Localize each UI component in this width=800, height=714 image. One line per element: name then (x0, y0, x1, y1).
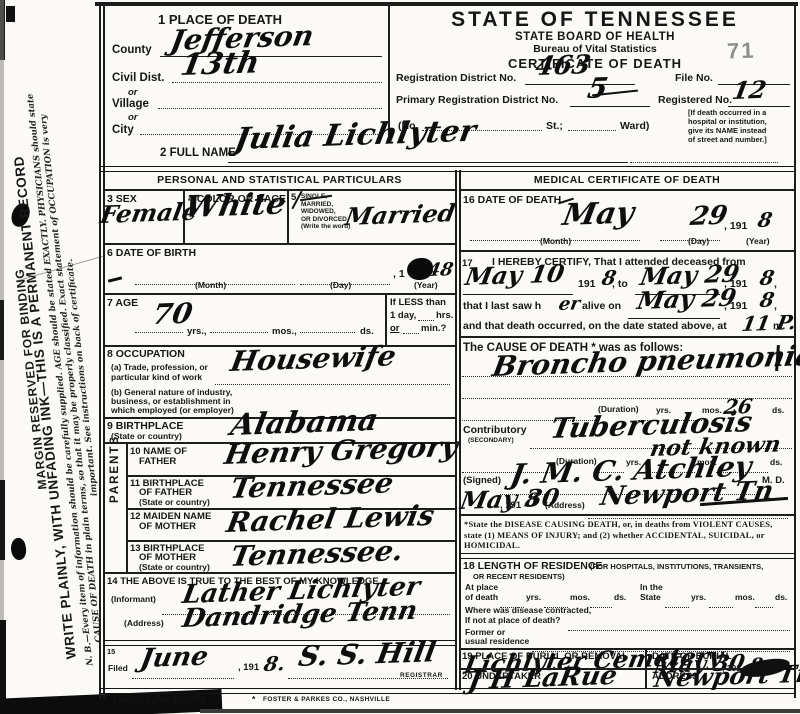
age-less-line1: If LESS than (390, 297, 446, 308)
res-ds-2: ds. (775, 592, 787, 602)
at-place-label1: At place (465, 582, 498, 592)
age-or-label: or (390, 323, 400, 334)
date-of-death-label: 16 DATE OF DEATH (463, 194, 561, 206)
marital-option-married: MARRIED, (301, 201, 350, 209)
registration-district-label: Registration District No. (396, 72, 516, 84)
form-left-border-inner (103, 2, 105, 698)
hospital-note-line2: hospital or institution, (688, 117, 767, 126)
age-hrs-label: hrs. (436, 310, 453, 321)
street-label: St.; (546, 120, 563, 132)
printer-star: * (252, 694, 255, 704)
former-label2: usual residence (465, 636, 529, 646)
primary-registration-label: Primary Registration District No. (396, 94, 558, 106)
occupation-a-line1: (a) Trade, profession, or (111, 362, 208, 372)
civil-dist-value: 13th (178, 45, 262, 83)
ink-blot (9, 537, 28, 561)
res-mos-2: mos. (735, 592, 755, 602)
personal-section-title: PERSONAL AND STATISTICAL PARTICULARS (104, 174, 455, 186)
attended-from-line (463, 284, 573, 295)
age-mos-label: mos., (272, 326, 297, 337)
dod-year-value: 8 (756, 208, 774, 232)
physician-address-value: Newport Tn (598, 476, 776, 512)
father-name-value: Henry Gregory (222, 430, 461, 471)
race-value: White (182, 187, 289, 225)
marital-value: Married (343, 198, 457, 231)
birthplace-sub-label: (State or country) (111, 431, 182, 441)
dod-month-caption: (Month) (540, 236, 571, 246)
father-bp-sub-label: (State or country) (139, 497, 210, 507)
dob-day-caption: (Day) (330, 280, 351, 290)
or-label-2: or (128, 112, 138, 123)
file-no-label: File No. (675, 72, 713, 84)
rule (103, 243, 455, 245)
registration-district-value: 463 (533, 50, 593, 82)
dots (755, 597, 773, 608)
mother-bp-value: Tennessee. (228, 534, 406, 573)
filed-label: Filed (108, 663, 128, 673)
res-yrs-2: yrs. (691, 592, 706, 602)
village-label: Village (112, 98, 149, 110)
marital-option-divorced: OR DIVORCED (301, 216, 350, 224)
rule (103, 293, 455, 295)
death-certificate-scan: N. B.—Every item of information should b… (0, 0, 800, 714)
registered-no-label: Registered No. (658, 94, 732, 106)
form-left-border (99, 2, 101, 698)
cell-divider (287, 189, 289, 243)
res-ds-1: ds. (614, 592, 626, 602)
contributory-label: Contributory (463, 424, 527, 436)
filed-month-value: June (138, 642, 210, 674)
corner-mark (6, 6, 15, 22)
death-occurred-text: and that death occurred, on the date sta… (463, 320, 727, 332)
physician-address-label: (Address) (545, 500, 585, 510)
dob-year-value: 48 (426, 259, 455, 281)
medical-section-title: MEDICAL CERTIFICATE OF DEATH (459, 174, 795, 186)
dod-year-caption: (Year) (746, 236, 770, 246)
cell-divider (385, 293, 387, 345)
rule (459, 514, 795, 516)
mother-name-label2: OF MOTHER (139, 521, 196, 532)
dots (590, 597, 612, 608)
father-name-label2: FATHER (139, 456, 176, 467)
filed-year-prefix: , 191 (238, 662, 259, 673)
contracted-line (568, 620, 790, 631)
scan-edge-mark (0, 480, 5, 560)
min-line (403, 323, 419, 334)
occupation-value: Housewife (228, 339, 399, 378)
age-less-line2: 1 day, (390, 310, 416, 321)
hospital-note-line3: give its NAME instead (688, 126, 767, 135)
civil-dist-label: Civil Dist. (112, 72, 164, 84)
footnote-line3: HOMICIDAL. (464, 540, 773, 551)
registrar-signature: S. S. Hill (296, 635, 439, 673)
form-number: Form V. S. No. 4—25M. (113, 695, 207, 705)
to-label: , to (612, 278, 628, 290)
death-hour-value: 11 P. (740, 310, 798, 336)
age-ds-label: ds. (360, 326, 374, 337)
header-bottom-rule (99, 166, 795, 172)
informant-address-label: (Address) (124, 618, 164, 628)
hospital-note-line4: of street and number.] (688, 135, 767, 144)
full-name-value: Julia Lichlyter (232, 114, 479, 157)
rule (459, 189, 795, 191)
year-print-1: 191 (578, 278, 596, 290)
residence-sub2: OR RECENT RESIDENTS) (473, 572, 565, 581)
dots (709, 597, 733, 608)
residence-sub1: (FOR HOSPITALS, INSTITUTIONS, TRANSIENTS… (590, 562, 763, 571)
dob-label: 6 DATE OF BIRTH (107, 247, 196, 259)
parents-vertical-label: PARENTS (109, 479, 121, 503)
age-yrs-label: yrs., (187, 326, 207, 337)
last-saw-text: that I last saw h (463, 300, 541, 312)
form-top-border (95, 2, 798, 6)
rule-double (459, 553, 795, 559)
rule (459, 336, 795, 338)
registered-no-value: 12 (730, 75, 769, 105)
year-print-3: , 191 (724, 300, 747, 312)
at-place-label2: of death (465, 592, 498, 602)
mother-name-value: Rachel Lewis (224, 499, 437, 539)
ward-line (568, 120, 616, 131)
hospital-note-line1: [If death occurred in a (688, 108, 767, 117)
certificate-number-stamp: 71 (727, 38, 756, 65)
duration-ds-1: ds. (772, 405, 784, 415)
alive-on-text: alive on (582, 300, 621, 312)
filed-year-value: 8. (262, 651, 287, 676)
age-line (300, 322, 355, 333)
registrar-label: REGISTRAR (400, 672, 443, 679)
occupation-a-line2: particular kind of work (111, 372, 202, 382)
cause-footnote: *State the DISEASE CAUSING DEATH, or, in… (464, 519, 773, 551)
secondary-label: (SECONDARY) (468, 437, 514, 444)
marital-option-widowed: WIDOWED, (301, 208, 350, 216)
printer-credit: FOSTER & PARKES CO., NASHVILLE (263, 696, 390, 703)
age-line (210, 322, 268, 333)
or-label-1: or (128, 87, 138, 98)
contracted-label2: If not at place of death? (465, 615, 560, 625)
age-min-label: min.? (421, 323, 446, 334)
dod-month-value: May (560, 196, 637, 233)
scan-edge-mark (0, 300, 4, 360)
full-name-line-ext (630, 152, 778, 163)
mother-bp-sub-label: (State or country) (139, 562, 210, 572)
footnote-line2: state (1) MEANS OF INJURY; and (2) wheth… (464, 530, 773, 541)
signed-year-prefix: , 191 (500, 500, 521, 511)
city-label: City (112, 124, 134, 136)
rule (459, 250, 795, 252)
age-label: 7 AGE (107, 297, 138, 309)
parents-cell-divider (126, 442, 128, 572)
dob-year-prefix: , 1 (393, 268, 405, 280)
full-name-label: 2 FULL NAME (160, 147, 236, 159)
dod-year-prefix: , 191 (724, 220, 747, 232)
res-mos-1: mos. (570, 592, 590, 602)
duration-ds-2: ds. (770, 457, 782, 467)
dob-month-caption: (Month) (195, 280, 226, 290)
dod-day-caption: (Day) (688, 236, 709, 246)
state-title: STATE OF TENNESSEE (400, 8, 790, 32)
scan-bottom-edge (200, 709, 800, 713)
hospital-note: [If death occurred in a hospital or inst… (688, 108, 767, 144)
dots (665, 597, 689, 608)
footnote-line1: *State the DISEASE CAUSING DEATH, or, in… (464, 519, 773, 530)
informant-label: (Informant) (111, 594, 156, 604)
filed-number: 15 (107, 647, 115, 656)
dob-year-caption: (Year) (414, 280, 438, 290)
county-label: County (112, 44, 152, 56)
in-state-label2: State (640, 592, 661, 602)
occupation-b-line3: which employed (or employer) (111, 405, 234, 415)
in-state-label1: In the (640, 582, 663, 592)
father-bp-value: Tennessee (228, 466, 396, 505)
pen-dash-mark (108, 276, 122, 282)
hrs-line (418, 310, 434, 321)
last-saw-her: er (557, 293, 582, 315)
village-line (158, 98, 382, 109)
primary-registration-line (570, 96, 650, 107)
contracted-label1: Where was disease contracted, (465, 605, 591, 615)
occupation-label: 8 OCCUPATION (107, 348, 185, 360)
res-yrs-1: yrs. (526, 592, 541, 602)
age-line (135, 322, 183, 333)
residence-label: 18 LENGTH OF RESIDENCE (463, 560, 602, 572)
undertaker-value: J H LaRue (466, 661, 619, 696)
m-label: m. (773, 320, 785, 332)
ward-label: Ward) (620, 120, 649, 132)
